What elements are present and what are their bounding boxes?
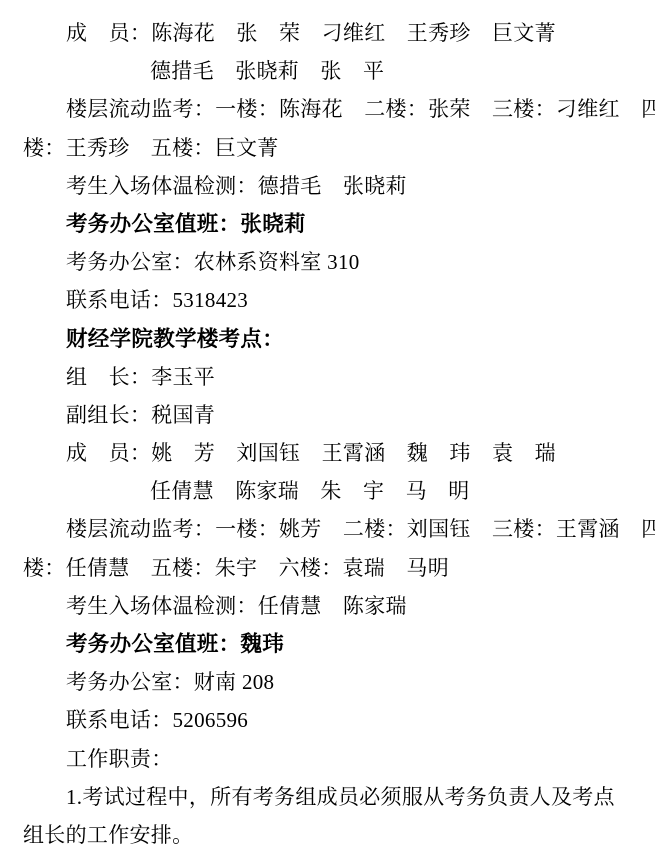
text-line: 考生入场体温检测：任倩慧 陈家瑞 <box>23 587 647 625</box>
text-line: 成 员：姚 芳 刘国钰 王霄涵 魏 玮 袁 瑞 <box>23 434 647 472</box>
text-line: 考务办公室值班：张晓莉 <box>23 205 647 243</box>
document-page: 成 员：陈海花 张 荣 刁维红 王秀珍 巨文菁德措毛 张晓莉 张 平楼层流动监考… <box>0 0 655 854</box>
text-line: 楼：任倩慧 五楼：朱宇 六楼：袁瑞 马明 <box>23 549 647 587</box>
text-line: 考务办公室：农林系资料室 310 <box>23 243 647 281</box>
text-line: 考生入场体温检测：德措毛 张晓莉 <box>23 167 647 205</box>
text-line: 工作职责： <box>23 740 647 778</box>
text-line: 楼：王秀珍 五楼：巨文菁 <box>23 129 647 167</box>
document-body: 成 员：陈海花 张 荣 刁维红 王秀珍 巨文菁德措毛 张晓莉 张 平楼层流动监考… <box>23 14 647 854</box>
text-line: 任倩慧 陈家瑞 朱 宇 马 明 <box>23 472 647 510</box>
text-line: 1.考试过程中，所有考务组成员必须服从考务负责人及考点 <box>23 778 647 816</box>
text-line: 楼层流动监考：一楼：陈海花 二楼：张荣 三楼：刁维红 四 <box>23 90 647 128</box>
text-line: 财经学院教学楼考点： <box>23 320 647 358</box>
text-line: 德措毛 张晓莉 张 平 <box>23 52 647 90</box>
text-line: 考务办公室：财南 208 <box>23 663 647 701</box>
text-line: 联系电话：5318423 <box>23 281 647 319</box>
text-line: 成 员：陈海花 张 荣 刁维红 王秀珍 巨文菁 <box>23 14 647 52</box>
text-line: 联系电话：5206596 <box>23 701 647 739</box>
text-line: 副组长：税国青 <box>23 396 647 434</box>
text-line: 楼层流动监考：一楼：姚芳 二楼：刘国钰 三楼：王霄涵 四 <box>23 510 647 548</box>
text-line: 考务办公室值班：魏玮 <box>23 625 647 663</box>
text-line: 组 长：李玉平 <box>23 358 647 396</box>
text-line: 组长的工作安排。 <box>23 816 647 854</box>
